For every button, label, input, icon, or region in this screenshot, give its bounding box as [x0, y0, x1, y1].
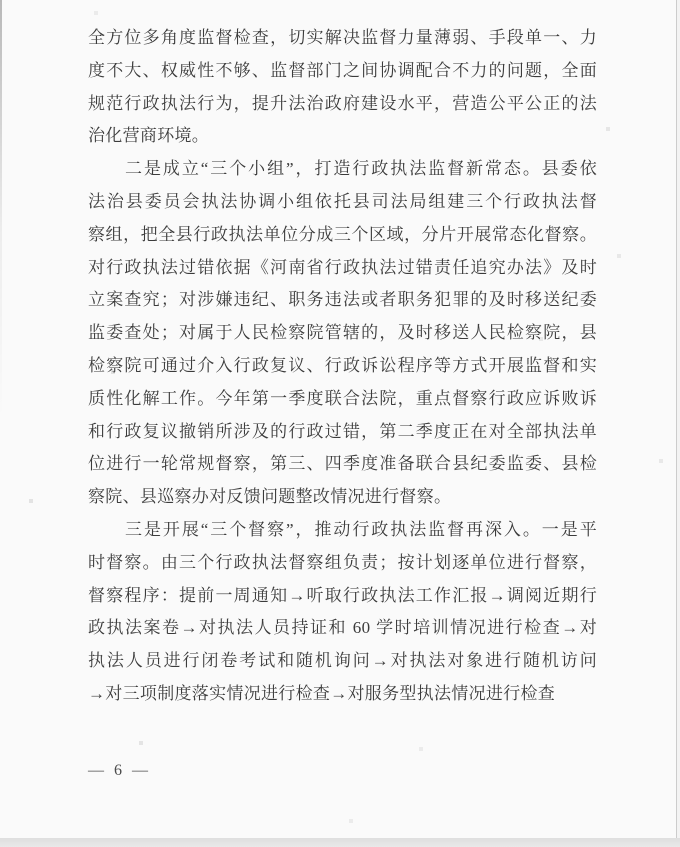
text-line: 察院、县巡察办对反馈问题整改情况进行督察。: [88, 481, 597, 514]
scan-edge-bottom: [0, 838, 680, 847]
text-line: 质性化解工作。今年第一季度联合法院，重点督察行政应诉败诉: [88, 383, 597, 416]
text-line: 和行政复议撤销所涉及的行政过错，第二季度正在对全部执法单: [88, 416, 597, 449]
text-line: 三是开展“三个督察”，推动行政执法监督再深入。一是平: [88, 514, 597, 547]
text-line: 全方位多角度监督检查，切实解决监督力量薄弱、手段单一、力: [88, 22, 597, 55]
text-line: 立案查究；对涉嫌违纪、职务违法或者职务犯罪的及时移送纪委: [88, 284, 597, 317]
text-line: 执法人员进行闭卷考试和随机询问→对执法对象进行随机访问: [88, 645, 597, 678]
scan-edge-left: [0, 0, 2, 420]
text-line: 规范行政执法行为，提升法治政府建设水平，营造公平公正的法: [88, 88, 597, 121]
text-line: 政执法案卷→对执法人员持证和 60 学时培训情况进行检查→对: [88, 612, 597, 645]
page-number: — 6 —: [88, 762, 151, 780]
text-line: 二是成立“三个小组”，打造行政执法监督新常态。县委依: [88, 153, 597, 186]
document-body: 全方位多角度监督检查，切实解决监督力量薄弱、手段单一、力 度不大、权威性不够、监…: [88, 22, 597, 711]
text-line: 时督察。由三个行政执法督察组负责；按计划逐单位进行督察，: [88, 547, 597, 580]
text-line: 度不大、权威性不够、监督部门之间协调配合不力的问题，全面: [88, 55, 597, 88]
text-line: 位进行一轮常规督察，第三、四季度准备联合县纪委监委、县检: [88, 448, 597, 481]
text-line: 治化营商环境。: [88, 120, 597, 153]
text-line: 督察程序：提前一周通知→听取行政执法工作汇报→调阅近期行: [88, 580, 597, 613]
text-line: 检察院可通过介入行政复议、行政诉讼程序等方式开展监督和实: [88, 350, 597, 383]
text-line: 法治县委员会执法协调小组依托县司法局组建三个行政执法督: [88, 186, 597, 219]
text-line: →对三项制度落实情况进行检查→对服务型执法情况进行检查: [88, 678, 597, 711]
scanned-document-page: 全方位多角度监督检查，切实解决监督力量薄弱、手段单一、力 度不大、权威性不够、监…: [0, 0, 680, 847]
text-line: 察组，把全县行政执法单位分成三个区域，分片开展常态化督察。: [88, 219, 597, 252]
text-line: 对行政执法过错依据《河南省行政执法过错责任追究办法》及时: [88, 252, 597, 285]
text-line: 监委查处；对属于人民检察院管辖的，及时移送人民检察院，县: [88, 317, 597, 350]
